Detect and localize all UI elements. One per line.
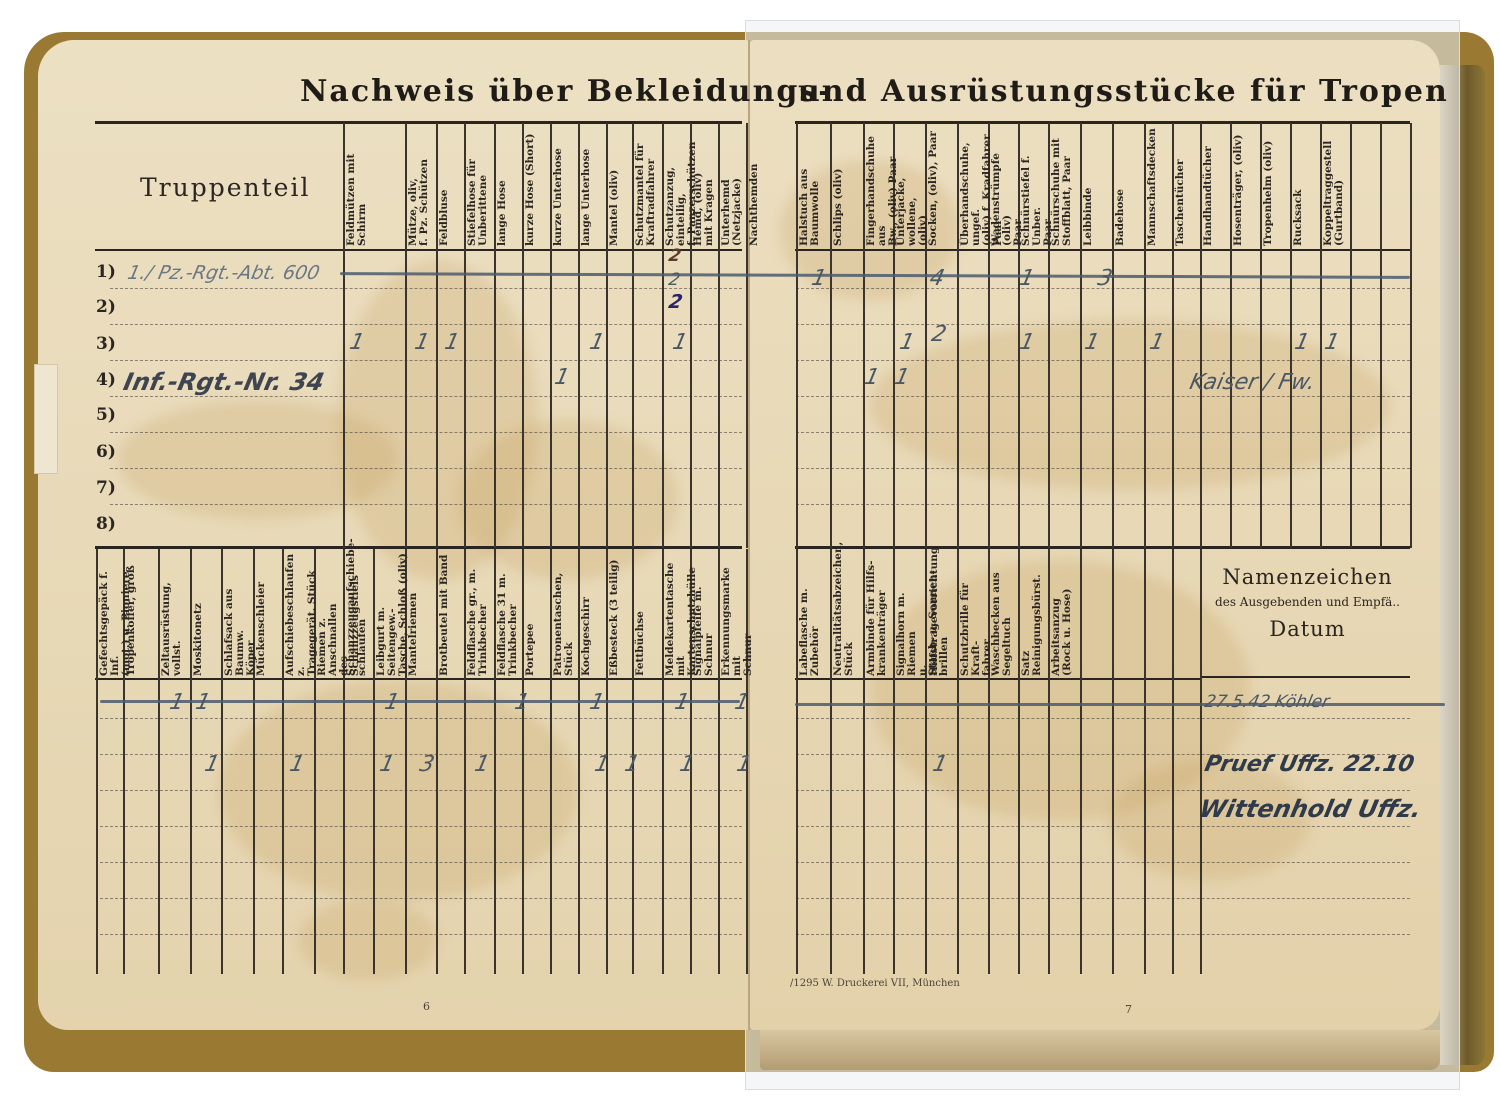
column-header: Hosenträger, (oliv) (1233, 128, 1259, 246)
tape-strip (34, 364, 58, 474)
signature-header-rule (1200, 676, 1410, 678)
column-header: Mannschaftsdecken (1147, 128, 1171, 246)
column-header: Feldflasche 31 m. Trinkbecher (497, 552, 521, 676)
column-header: Fettbüchse (635, 552, 661, 676)
column-header: Stiefelhose für Unberittene (467, 128, 493, 246)
row-number: 8) (96, 514, 116, 534)
column-header: Schlips (oliv) (833, 128, 862, 246)
column-header: Leibbinde (1083, 128, 1111, 246)
row-line (110, 324, 742, 325)
column-header: Signalpfeife m. Schnur (693, 552, 717, 676)
column-header: lange Hose (497, 128, 521, 246)
column-header: Schnürschuhe mit Stoffblatt, Paar (1051, 128, 1079, 246)
column-header: Schutzanzug, einteilig, f. Panzerschütze… (665, 128, 689, 246)
column-header: Koppeltraggestell (Gurtband) (1323, 128, 1349, 246)
column-header: Eßbesteck (3 teilig) (609, 552, 631, 676)
row-line (100, 934, 742, 935)
column-header: Brotbeutel mit Band (439, 552, 463, 676)
column-header: Schutzmantel für Kraftradfahrer (635, 128, 661, 246)
signature-entry-2: Pruef Uffz. 22.10 (1202, 752, 1416, 777)
row-number: 3) (96, 334, 116, 354)
table-top-rule-left (95, 121, 742, 124)
column-header: Feldbluse (439, 128, 463, 246)
handwritten-right-row4-note: Kaiser / Fw. (1187, 370, 1317, 395)
column-header: Taschentücher (1175, 128, 1199, 246)
signature-title: Namenzeichen (1200, 565, 1415, 589)
column-header: Mückenschleier (256, 552, 281, 676)
column-header: Überhandschuhe, ungef. (oliv) f. Kradfah… (960, 128, 987, 246)
column-header: Labeflasche m. Zubehör (799, 552, 829, 676)
column-divider (1290, 123, 1292, 548)
column-header: Mütze, oliv, f. Pz. Schützen (408, 128, 435, 246)
column-header: Socken, (oliv), Paar (928, 128, 956, 246)
row-line (796, 790, 1410, 791)
row-line (796, 898, 1410, 899)
column-divider (1410, 123, 1412, 548)
column-header: Signalhorn m. Riemen u. Hilfstragevorric… (896, 552, 924, 676)
mid-rule-right (795, 546, 1410, 549)
column-header: Wadenstrümpfe (oliv) Paar (991, 128, 1017, 246)
column-header: Rucksack (1293, 128, 1319, 246)
column-header: Arbeitsanzug (Rock u. Hose) (1051, 552, 1079, 676)
column-header: Staub- u. Sonnen- brillen (928, 552, 956, 676)
column-header: Unterhemd (Netzjacke) (721, 128, 745, 246)
column-header: Erkennungsmarke mit Schnur (721, 552, 745, 676)
column-divider (1350, 123, 1352, 548)
row-line (110, 396, 742, 397)
row-line (796, 360, 1410, 361)
column-header: Neutralitätsabzeichen, Stück (833, 552, 862, 676)
column-header: Hemd, (oliv) mit Kragen (693, 128, 717, 246)
column-divider (1112, 123, 1114, 548)
page-number-right: 7 (1125, 1003, 1132, 1016)
column-header: Tropenkoffer, groß (126, 552, 157, 676)
column-header: Tropenhelm (oliv) (1263, 128, 1289, 246)
column-divider (522, 549, 524, 974)
row-line (110, 468, 742, 469)
signature-date-label: Datum (1200, 617, 1415, 641)
column-header: Mantelriemen (408, 552, 435, 676)
row-line (100, 790, 742, 791)
column-header: Meldekartentasche mit Kartenschutzhülle (665, 552, 689, 676)
column-header: Mantel (oliv) (609, 128, 631, 246)
column-header: Moskitonetz (193, 552, 220, 676)
signature-entry-1: 27.5.42 Köhler (1203, 692, 1331, 712)
column-header: Handhandtücher (1203, 128, 1229, 246)
signature-header: Namenzeichen des Ausgebenden und Empfä..… (1200, 565, 1415, 641)
column-header: kurze Hose (Short) (525, 128, 549, 246)
column-divider (1080, 549, 1082, 974)
column-header: Portepee (525, 552, 549, 676)
row-line (796, 396, 1410, 397)
column-divider (1080, 123, 1082, 548)
column-header: Halstuch aus Baumwolle (799, 128, 829, 246)
column-divider (1172, 549, 1174, 974)
row-line (796, 324, 1410, 325)
handwritten-row4-unit: Inf.-Rgt.-Nr. 34 (121, 368, 327, 396)
column-header: Schlafsack aus Baumw. Köper (224, 552, 252, 676)
column-header: Armbinde für Hilfs- krankenträger (866, 552, 892, 676)
column-header: Satz Reinigungsbürst. (1021, 552, 1047, 676)
column-divider (1380, 123, 1382, 548)
column-header: Fingerhandschuhe aus Bw., (oliv) Paar (866, 128, 892, 246)
column-divider (1112, 549, 1114, 974)
column-header: kurze Unterhose (553, 128, 577, 246)
row-number: 2) (96, 297, 116, 317)
row-line (100, 826, 742, 827)
column-header: Badehose (1115, 128, 1143, 246)
column-header: Schanzzeugaufschiebe- schlaufen (346, 552, 372, 676)
page-title-left: Nachweis über Bekleidungs- (300, 74, 833, 109)
row-line (796, 718, 1410, 719)
row-line (110, 288, 742, 289)
truppenteil-label: Truppenteil (140, 173, 310, 202)
mid-rule-left (95, 546, 742, 549)
row-number: 1) (96, 262, 116, 282)
signature-subtitle: des Ausgebenden und Empfä.. (1200, 595, 1415, 609)
column-header: lange Unterhose (581, 128, 605, 246)
column-header: Schutzbrille für Kraft- fahrer (960, 552, 987, 676)
page-title-right: und Ausrüstungsstücke für Tropen (798, 74, 1449, 109)
column-header: Feldflasche gr., m. Trinkbecher (467, 552, 493, 676)
column-header: Feldmützen mit Schirm (346, 128, 404, 246)
header-rule-right (795, 249, 1410, 251)
row-number: 5) (96, 405, 116, 425)
row-number: 7) (96, 478, 116, 498)
column-header: Leibgurt m. Seitengew.- Tasche, Schloß (… (376, 552, 404, 676)
column-header: Patronentaschen, Stück (553, 552, 577, 676)
column-divider (1018, 549, 1020, 974)
page-number-left: 6 (423, 1000, 430, 1013)
row-line (100, 898, 742, 899)
header-rule-left (95, 249, 742, 251)
row-line (796, 934, 1410, 935)
column-header: Riemen z. Anschnallen des Schanzzeugstie… (317, 552, 342, 676)
lower-header-rule-left (95, 678, 742, 680)
column-header: Waschbecken aus Segeltuch (991, 552, 1017, 676)
row-line (100, 862, 742, 863)
row-line (796, 432, 1410, 433)
row-line (110, 504, 742, 505)
handwritten-row1-unit: 1./ Pz.-Rgt.-Abt. 600 (126, 262, 322, 284)
row-line (796, 504, 1410, 505)
row-line (110, 432, 742, 433)
printer-imprint: /1295 W. Druckerei VII, München (790, 978, 960, 989)
signature-entry-3: Wittenhold Uffz. (1197, 795, 1424, 823)
column-header: Kochgeschirr (581, 552, 605, 676)
row-line (100, 718, 742, 719)
column-divider (1144, 549, 1146, 974)
row-line (110, 360, 742, 361)
column-divider (436, 123, 438, 548)
row-line (796, 468, 1410, 469)
column-header: Zeltausrüstung, vollst. (161, 552, 189, 676)
row-number: 4) (96, 370, 116, 390)
row-line (796, 862, 1410, 863)
table-top-rule-right (795, 121, 1410, 124)
row-line (796, 826, 1410, 827)
column-header: Unterjacke, wollene, (oliv) (896, 128, 924, 246)
column-header: Gefechtsgepäck f. Inf. (mot.) u. Pionier… (99, 552, 122, 676)
lower-row1-strikethrough-right (795, 703, 1445, 706)
page-stack-bottom (760, 1030, 1440, 1070)
column-header: Aufschiebeschlaufen z. Tragegerät. Stück (285, 552, 313, 676)
column-header: Schnürstiefel f. Unber. Paar (1021, 128, 1047, 246)
row-number: 6) (96, 442, 116, 462)
lower-header-rule-right (795, 678, 1200, 680)
